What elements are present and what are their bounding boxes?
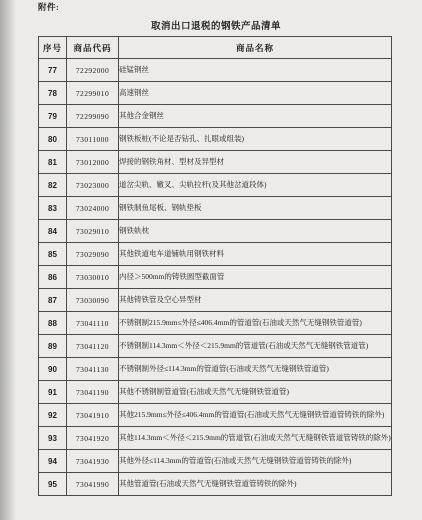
- product-name-cell: 其他合金钢丝: [119, 105, 392, 128]
- row-number-cell: 78: [39, 82, 67, 105]
- product-code-cell: 73012000: [67, 151, 119, 174]
- product-name-cell: 内径＞500mm的铸铁圆型截面管: [119, 266, 392, 289]
- product-code-cell: 73041190: [67, 381, 119, 404]
- product-code-cell: 73023000: [67, 174, 119, 197]
- row-number-cell: 94: [39, 450, 67, 473]
- table-row: 83 73024000 钢铁制鱼尾板、钢轨垫板: [39, 197, 392, 220]
- row-number-cell: 84: [39, 220, 67, 243]
- product-name-cell: 不锈钢制外径≤114.3mm的管道管(石油或天然气无缝钢铁管道管): [119, 358, 392, 381]
- table-row: 88 73041110 不锈钢制215.9mm≤外径≤406.4mm的管道管(石…: [39, 312, 392, 335]
- row-number-cell: 95: [39, 473, 67, 496]
- product-code-cell: 73041120: [67, 335, 119, 358]
- product-name-cell: 不锈钢制215.9mm≤外径≤406.4mm的管道管(石油或天然气无缝钢铁管道管…: [119, 312, 392, 335]
- product-code-cell: 73041990: [67, 473, 119, 496]
- document-page: 附件: 取消出口退税的钢铁产品清单 序号 商品代码 商品名称 77 722920…: [38, 1, 394, 496]
- product-code-cell: 73011000: [67, 128, 119, 151]
- row-number-cell: 92: [39, 404, 67, 427]
- product-code-cell: 72299010: [67, 82, 119, 105]
- table-row: 93 73041920 其他114.3mm＜外径＜215.9mm的管道管(石油或…: [39, 427, 392, 450]
- table-header-row: 序号 商品代码 商品名称: [39, 37, 392, 59]
- product-name-cell: 道岔尖轨、辙叉、尖轨拉杆(及其他岔道段体): [119, 174, 392, 197]
- product-code-cell: 73024000: [67, 197, 119, 220]
- product-name-cell: 其他114.3mm＜外径＜215.9mm的管道管(石油或天然气无缝钢铁管道管铸铁…: [119, 427, 392, 450]
- product-name-cell: 不锈钢制114.3mm＜外径＜215.9mm的管道管(石油或天然气无缝钢铁管道管…: [119, 335, 392, 358]
- product-name-cell: 其他铁道电车道铺轨用钢铁材料: [119, 243, 392, 266]
- table-row: 81 73012000 焊接的钢铁角材、型材及异型材: [39, 151, 392, 174]
- product-name-cell: 焊接的钢铁角材、型材及异型材: [119, 151, 392, 174]
- row-number-cell: 87: [39, 289, 67, 312]
- table-row: 86 73030010 内径＞500mm的铸铁圆型截面管: [39, 266, 392, 289]
- row-number-cell: 86: [39, 266, 67, 289]
- scan-edge-shadow: [0, 0, 16, 520]
- product-code-cell: 72292000: [67, 59, 119, 82]
- table-row: 91 73041190 其他不锈钢制管道管(石油或天然气无缝钢铁管道管): [39, 381, 392, 404]
- header-cell-product-name: 商品名称: [119, 37, 392, 59]
- product-name-cell: 钢铁制鱼尾板、钢轨垫板: [119, 197, 392, 220]
- product-name-cell: 高速钢丝: [119, 82, 392, 105]
- product-code-cell: 73041110: [67, 312, 119, 335]
- table-row: 80 73011000 钢铁板桩(不论是否钻孔、扎眼或组装): [39, 128, 392, 151]
- row-number-cell: 81: [39, 151, 67, 174]
- product-code-cell: 73029010: [67, 220, 119, 243]
- table-row: 87 73030090 其他铸铁管及空心异型材: [39, 289, 392, 312]
- table-row: 95 73041990 其他管道管(石油或天然气无缝钢铁管道管铸铁的除外): [39, 473, 392, 496]
- row-number-cell: 85: [39, 243, 67, 266]
- product-code-cell: 73041930: [67, 450, 119, 473]
- row-number-cell: 77: [39, 59, 67, 82]
- table-row: 77 72292000 硅锰钢丝: [39, 59, 392, 82]
- table-row: 94 73041930 其他外径≤114.3mm的管道管(石油或天然气无缝钢铁管…: [39, 450, 392, 473]
- product-name-cell: 其他铸铁管及空心异型材: [119, 289, 392, 312]
- product-name-cell: 其他管道管(石油或天然气无缝钢铁管道管铸铁的除外): [119, 473, 392, 496]
- row-number-cell: 80: [39, 128, 67, 151]
- table-row: 82 73023000 道岔尖轨、辙叉、尖轨拉杆(及其他岔道段体): [39, 174, 392, 197]
- row-number-cell: 91: [39, 381, 67, 404]
- row-number-cell: 90: [39, 358, 67, 381]
- row-number-cell: 79: [39, 105, 67, 128]
- table-row: 79 72299090 其他合金钢丝: [39, 105, 392, 128]
- row-number-cell: 89: [39, 335, 67, 358]
- product-code-cell: 73041920: [67, 427, 119, 450]
- row-number-cell: 93: [39, 427, 67, 450]
- header-cell-product-code: 商品代码: [67, 37, 119, 59]
- page-title: 取消出口退税的钢铁产品清单: [38, 18, 394, 32]
- product-code-cell: 73029090: [67, 243, 119, 266]
- product-code-cell: 72299090: [67, 105, 119, 128]
- product-name-cell: 其他215.9mm≤外径≤406.4mm的管道管(石油或天然气无缝钢铁管道管铸铁…: [119, 404, 392, 427]
- products-table: 序号 商品代码 商品名称 77 72292000 硅锰钢丝 78 7229901…: [38, 36, 392, 496]
- product-code-cell: 73041130: [67, 358, 119, 381]
- product-name-cell: 其他外径≤114.3mm的管道管(石油或天然气无缝钢铁管道管铸铁的除外): [119, 450, 392, 473]
- row-number-cell: 83: [39, 197, 67, 220]
- table-row: 84 73029010 钢铁轨枕: [39, 220, 392, 243]
- table-row: 92 73041910 其他215.9mm≤外径≤406.4mm的管道管(石油或…: [39, 404, 392, 427]
- product-name-cell: 钢铁轨枕: [119, 220, 392, 243]
- product-code-cell: 73041910: [67, 404, 119, 427]
- header-cell-serial-number: 序号: [39, 37, 67, 59]
- table-row: 89 73041120 不锈钢制114.3mm＜外径＜215.9mm的管道管(石…: [39, 335, 392, 358]
- product-name-cell: 其他不锈钢制管道管(石油或天然气无缝钢铁管道管): [119, 381, 392, 404]
- product-name-cell: 硅锰钢丝: [119, 59, 392, 82]
- table-row: 85 73029090 其他铁道电车道铺轨用钢铁材料: [39, 243, 392, 266]
- product-code-cell: 73030090: [67, 289, 119, 312]
- table-row: 90 73041130 不锈钢制外径≤114.3mm的管道管(石油或天然气无缝钢…: [39, 358, 392, 381]
- product-name-cell: 钢铁板桩(不论是否钻孔、扎眼或组装): [119, 128, 392, 151]
- row-number-cell: 88: [39, 312, 67, 335]
- row-number-cell: 82: [39, 174, 67, 197]
- table-row: 78 72299010 高速钢丝: [39, 82, 392, 105]
- product-code-cell: 73030010: [67, 266, 119, 289]
- attachment-label: 附件:: [38, 1, 394, 13]
